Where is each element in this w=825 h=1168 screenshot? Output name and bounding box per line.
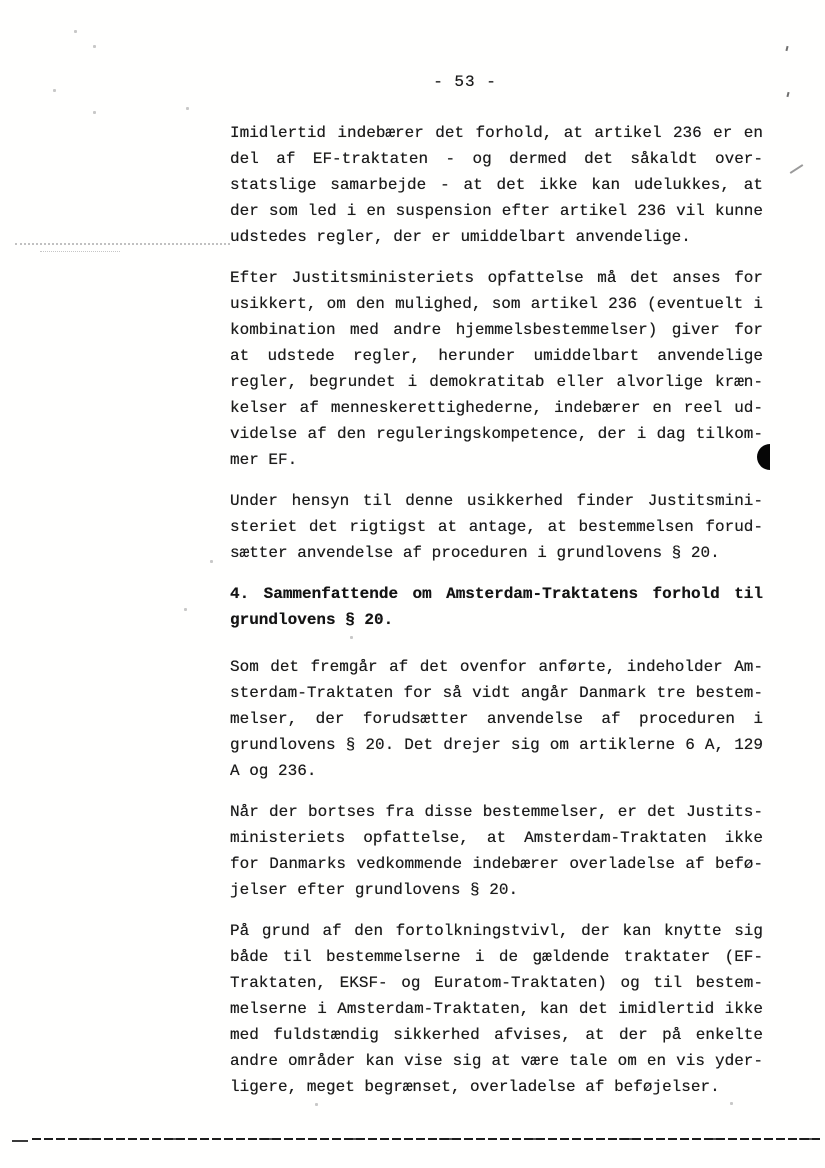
- paragraph: Som det fremgår af det ovenfor anførte, …: [230, 654, 763, 784]
- scan-noise-dotted-line: [40, 251, 120, 252]
- page-number: - 53 -: [400, 73, 530, 91]
- text-line: usikkert, om den mulighed, som artikel 2…: [230, 291, 763, 317]
- text-line: regler, begrundet i demokratitab eller a…: [230, 369, 763, 395]
- scan-speck: [93, 45, 96, 48]
- document-body: Imidlertid indebærer det forhold, at art…: [230, 120, 763, 1115]
- text-line: sterdam-Traktaten for så vidt angår Danm…: [230, 680, 763, 706]
- section-heading: 4. Sammenfattende om Amsterdam-Traktaten…: [230, 581, 763, 633]
- paragraph: Efter Justitsministeriets opfattelse må …: [230, 265, 763, 473]
- text-line: melser, der forudsætter anvendelse af pr…: [230, 706, 763, 732]
- scan-speck: [315, 1103, 318, 1106]
- text-line: melserne i Amsterdam-Traktaten, kan det …: [230, 996, 763, 1022]
- text-line: Traktaten, EKSF- og Euratom-Traktaten) o…: [230, 970, 763, 996]
- heading-line: grundlovens § 20.: [230, 607, 763, 633]
- scan-speck: [785, 46, 788, 51]
- scan-speck: [186, 107, 189, 110]
- text-line: kombination med andre hjemmelsbestemmels…: [230, 317, 763, 343]
- paragraph: Når der bortses fra disse bestemmelser, …: [230, 799, 763, 903]
- text-line: andre områder kan vise sig at være tale …: [230, 1048, 763, 1074]
- scan-speck: [786, 92, 789, 97]
- text-line: at udstede regler, herunder umiddelbart …: [230, 343, 763, 369]
- paragraph: Imidlertid indebærer det forhold, at art…: [230, 120, 763, 250]
- scan-speck: [350, 636, 353, 639]
- text-line: statslige samarbejde - at det ikke kan u…: [230, 172, 763, 198]
- text-line: sætter anvendelse af proceduren i grundl…: [230, 540, 763, 566]
- text-line: På grund af den fortolkningstvivl, der k…: [230, 918, 763, 944]
- text-line: for Danmarks vedkommende indebærer overl…: [230, 851, 763, 877]
- text-line: Som det fremgår af det ovenfor anførte, …: [230, 654, 763, 680]
- scan-speck: [53, 89, 56, 92]
- text-line: Når der bortses fra disse bestemmelser, …: [230, 799, 763, 825]
- bottom-dashed-rule: [32, 1138, 820, 1140]
- heading-line: 4. Sammenfattende om Amsterdam-Traktaten…: [230, 581, 763, 607]
- document-page: - 53 - Imidlertid indebærer det forhold,…: [0, 0, 825, 1168]
- text-line: Imidlertid indebærer det forhold, at art…: [230, 120, 763, 146]
- text-line: mer EF.: [230, 447, 763, 473]
- text-line: med fuldstændig sikkerhed afvises, at de…: [230, 1022, 763, 1048]
- text-line: både til bestemmelserne i de gældende tr…: [230, 944, 763, 970]
- text-line: jelser efter grundlovens § 20.: [230, 877, 763, 903]
- scan-speck: [93, 111, 96, 114]
- text-line: steriet det rigtigst at antage, at beste…: [230, 514, 763, 540]
- text-line: ministeriets opfattelse, at Amsterdam-Tr…: [230, 825, 763, 851]
- text-line: del af EF-traktaten - og dermed det såka…: [230, 146, 763, 172]
- text-line: Efter Justitsministeriets opfattelse må …: [230, 265, 763, 291]
- scan-speck: [74, 30, 77, 33]
- text-line: videlse af den reguleringskompetence, de…: [230, 421, 763, 447]
- bottom-dashed-rule-fragment: [12, 1140, 28, 1142]
- text-line: A og 236.: [230, 758, 763, 784]
- scan-speck: [210, 560, 213, 563]
- scan-slash-mark: [790, 164, 804, 174]
- text-line: der som led i en suspension efter artike…: [230, 198, 763, 224]
- scan-speck: [730, 1102, 733, 1105]
- paragraph: Under hensyn til denne usikkerhed finder…: [230, 488, 763, 566]
- text-line: kelser af menneskerettighederne, indebær…: [230, 395, 763, 421]
- text-line: Under hensyn til denne usikkerhed finder…: [230, 488, 763, 514]
- text-line: grundlovens § 20. Det drejer sig om arti…: [230, 732, 763, 758]
- text-line: udstedes regler, der er umiddelbart anve…: [230, 224, 763, 250]
- text-line: ligere, meget begrænset, overladelse af …: [230, 1074, 763, 1100]
- scan-speck: [184, 608, 187, 611]
- paragraph: På grund af den fortolkningstvivl, der k…: [230, 918, 763, 1100]
- scan-noise-dotted-line: [15, 243, 230, 245]
